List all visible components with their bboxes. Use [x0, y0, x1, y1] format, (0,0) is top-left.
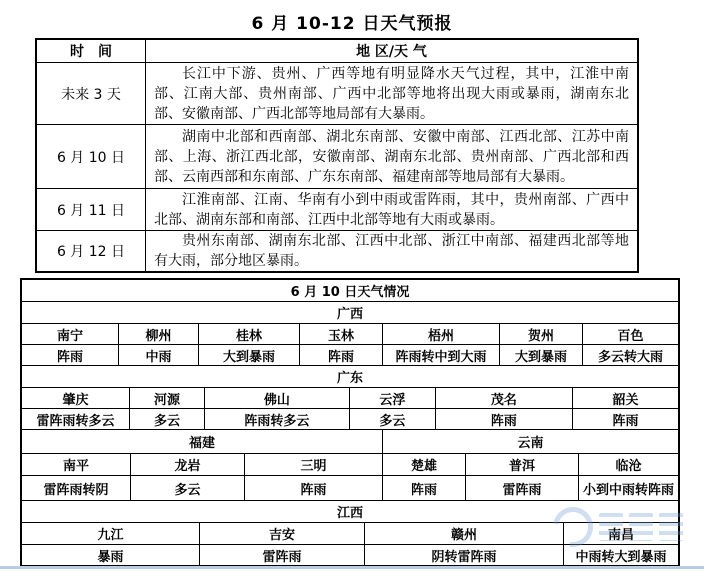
forecast-time-label: 6 月 11 日: [37, 189, 146, 230]
city-cell: 河源: [129, 388, 204, 408]
city-cell: 龙岩: [130, 454, 244, 475]
city-cell: 临沧: [578, 454, 678, 475]
forecast-header-time: 时 间: [37, 40, 146, 62]
section-header-guangdong: 广东: [22, 365, 678, 387]
section-name: 江西: [22, 501, 678, 522]
city-cell: 桂林: [198, 324, 299, 344]
city-cell: 南平: [22, 454, 130, 475]
city-cell: 玉林: [299, 324, 382, 344]
weather-cell: 多云: [130, 476, 244, 500]
weather-cell: 小到中雨转阵雨: [578, 476, 678, 500]
weather-cell: 中雨转大到暴雨: [563, 545, 678, 565]
city-cell: 茂名: [435, 388, 572, 408]
weather-cell: 雷阵雨: [199, 545, 364, 565]
bottom-divider-line: [0, 566, 704, 569]
weather-cell: 多云: [129, 409, 204, 429]
weather-cell: 阵雨: [382, 476, 465, 500]
forecast-header-row: 时 间 地 区/天 气: [37, 40, 637, 62]
forecast-detail-cell: 湖南中北部和西南部、湖北东南部、安徽中南部、江西北部、江苏中南部、上海、浙江西北…: [146, 125, 637, 188]
weather-cell: 阵雨: [22, 345, 118, 365]
city-cell: 楚雄: [382, 454, 465, 475]
page-title: 6 月 10-12 日天气预报: [0, 9, 704, 34]
forecast-header-region: 地 区/天 气: [146, 40, 637, 62]
forecast-detail-cell: 贵州东南部、湖南东北部、江西中北部、浙江中南部、福建西北部等地有大雨，部分地区暴…: [146, 231, 637, 271]
weather-bulletin-page: 6 月 10-12 日天气预报 时 间 地 区/天 气 未来 3 天 长江中下游…: [0, 0, 704, 572]
forecast-detail-text: 湖南中北部和西南部、湖北东南部、安徽中南部、江西北部、江苏中南部、上海、浙江西北…: [154, 127, 629, 187]
city-cell: 贺州: [499, 324, 582, 344]
guangdong-city-row: 肇庆 河源 佛山 云浮 茂名 韶关: [22, 387, 678, 408]
weather-cell: 雷阵雨: [465, 476, 578, 500]
forecast-row-june10: 6 月 10 日 湖南中北部和西南部、湖北东南部、安徽中南部、江西北部、江苏中南…: [37, 124, 637, 188]
forecast-detail-cell: 江淮南部、江南、华南有小到中雨或雷阵雨，其中，贵州南部、广西中北部、湖南东部和南…: [146, 189, 637, 230]
section-header-guangxi: 广西: [22, 301, 678, 323]
fujian-yunnan-weather-row: 雷阵雨转阴 多云 阵雨 阵雨 雷阵雨 小到中雨转阵雨: [22, 475, 678, 500]
section-header-jiangxi: 江西: [22, 500, 678, 522]
weather-cell: 暴雨: [22, 545, 199, 565]
weather-cell: 阵雨: [299, 345, 382, 365]
forecast-row-june11: 6 月 11 日 江淮南部、江南、华南有小到中雨或雷阵雨，其中，贵州南部、广西中…: [37, 188, 637, 230]
forecast-time-label: 未来 3 天: [37, 63, 146, 124]
daily-table-title: 6 月 10 日天气情况: [22, 280, 678, 301]
weather-cell: 阵雨转中到大雨: [382, 345, 499, 365]
guangxi-weather-row: 阵雨 中雨 大到暴雨 阵雨 阵雨转中到大雨 大到暴雨 多云转大雨: [22, 344, 678, 365]
forecast-time-label: 6 月 12 日: [37, 231, 146, 271]
forecast-row-next3days: 未来 3 天 长江中下游、贵州、广西等地有明显降水天气过程，其中，江淮中南部、江…: [37, 62, 637, 124]
fujian-yunnan-city-row: 南平 龙岩 三明 楚雄 普洱 临沧: [22, 453, 678, 475]
city-cell: 南宁: [22, 324, 118, 344]
city-cell: 普洱: [465, 454, 578, 475]
city-cell: 百色: [582, 324, 678, 344]
weather-cell: 多云: [349, 409, 435, 429]
weather-cell: 阵雨: [244, 476, 382, 500]
weather-cell: 阴转雷阵雨: [364, 545, 563, 565]
weather-cell: 大到暴雨: [198, 345, 299, 365]
forecast-detail-text: 江淮南部、江南、华南有小到中雨或雷阵雨，其中，贵州南部、广西中北部、湖南东部和南…: [154, 190, 629, 230]
forecast-detail-text: 长江中下游、贵州、广西等地有明显降水天气过程，其中，江淮中南部、江南大部、贵州南…: [154, 64, 629, 124]
section-header-fujian-yunnan: 福建 云南: [22, 429, 678, 453]
weather-cell: 阵雨转多云: [204, 409, 349, 429]
city-cell: 韶关: [572, 388, 678, 408]
city-cell: 九江: [22, 523, 199, 544]
city-cell: 柳州: [118, 324, 198, 344]
city-cell: 南昌: [563, 523, 678, 544]
city-cell: 赣州: [364, 523, 563, 544]
daily-conditions-table: 6 月 10 日天气情况 广西 南宁 柳州 桂林 玉林 梧州 贺州 百色 阵雨 …: [20, 278, 680, 567]
section-name: 广东: [22, 366, 678, 387]
weather-cell: 雷阵雨转多云: [22, 409, 129, 429]
daily-table-title-row: 6 月 10 日天气情况: [22, 280, 678, 301]
weather-cell: 中雨: [118, 345, 198, 365]
weather-cell: 多云转大雨: [582, 345, 678, 365]
section-name: 广西: [22, 302, 678, 323]
weather-cell: 大到暴雨: [499, 345, 582, 365]
city-cell: 吉安: [199, 523, 364, 544]
forecast-row-june12: 6 月 12 日 贵州东南部、湖南东北部、江西中北部、浙江中南部、福建西北部等地…: [37, 230, 637, 271]
forecast-table: 时 间 地 区/天 气 未来 3 天 长江中下游、贵州、广西等地有明显降水天气过…: [35, 38, 639, 273]
jiangxi-weather-row: 暴雨 雷阵雨 阴转雷阵雨 中雨转大到暴雨: [22, 544, 678, 565]
city-cell: 梧州: [382, 324, 499, 344]
city-cell: 三明: [244, 454, 382, 475]
weather-cell: 阵雨: [435, 409, 572, 429]
section-name-yunnan: 云南: [382, 430, 678, 453]
section-name-fujian: 福建: [22, 430, 382, 453]
jiangxi-city-row: 九江 吉安 赣州 南昌: [22, 522, 678, 544]
weather-cell: 雷阵雨转阴: [22, 476, 130, 500]
weather-cell: 阵雨: [572, 409, 678, 429]
city-cell: 佛山: [204, 388, 349, 408]
city-cell: 肇庆: [22, 388, 129, 408]
forecast-detail-text: 贵州东南部、湖南东北部、江西中北部、浙江中南部、福建西北部等地有大雨，部分地区暴…: [154, 231, 629, 271]
guangdong-weather-row: 雷阵雨转多云 多云 阵雨转多云 多云 阵雨 阵雨: [22, 408, 678, 429]
city-cell: 云浮: [349, 388, 435, 408]
forecast-detail-cell: 长江中下游、贵州、广西等地有明显降水天气过程，其中，江淮中南部、江南大部、贵州南…: [146, 63, 637, 124]
forecast-time-label: 6 月 10 日: [37, 125, 146, 188]
guangxi-city-row: 南宁 柳州 桂林 玉林 梧州 贺州 百色: [22, 323, 678, 344]
